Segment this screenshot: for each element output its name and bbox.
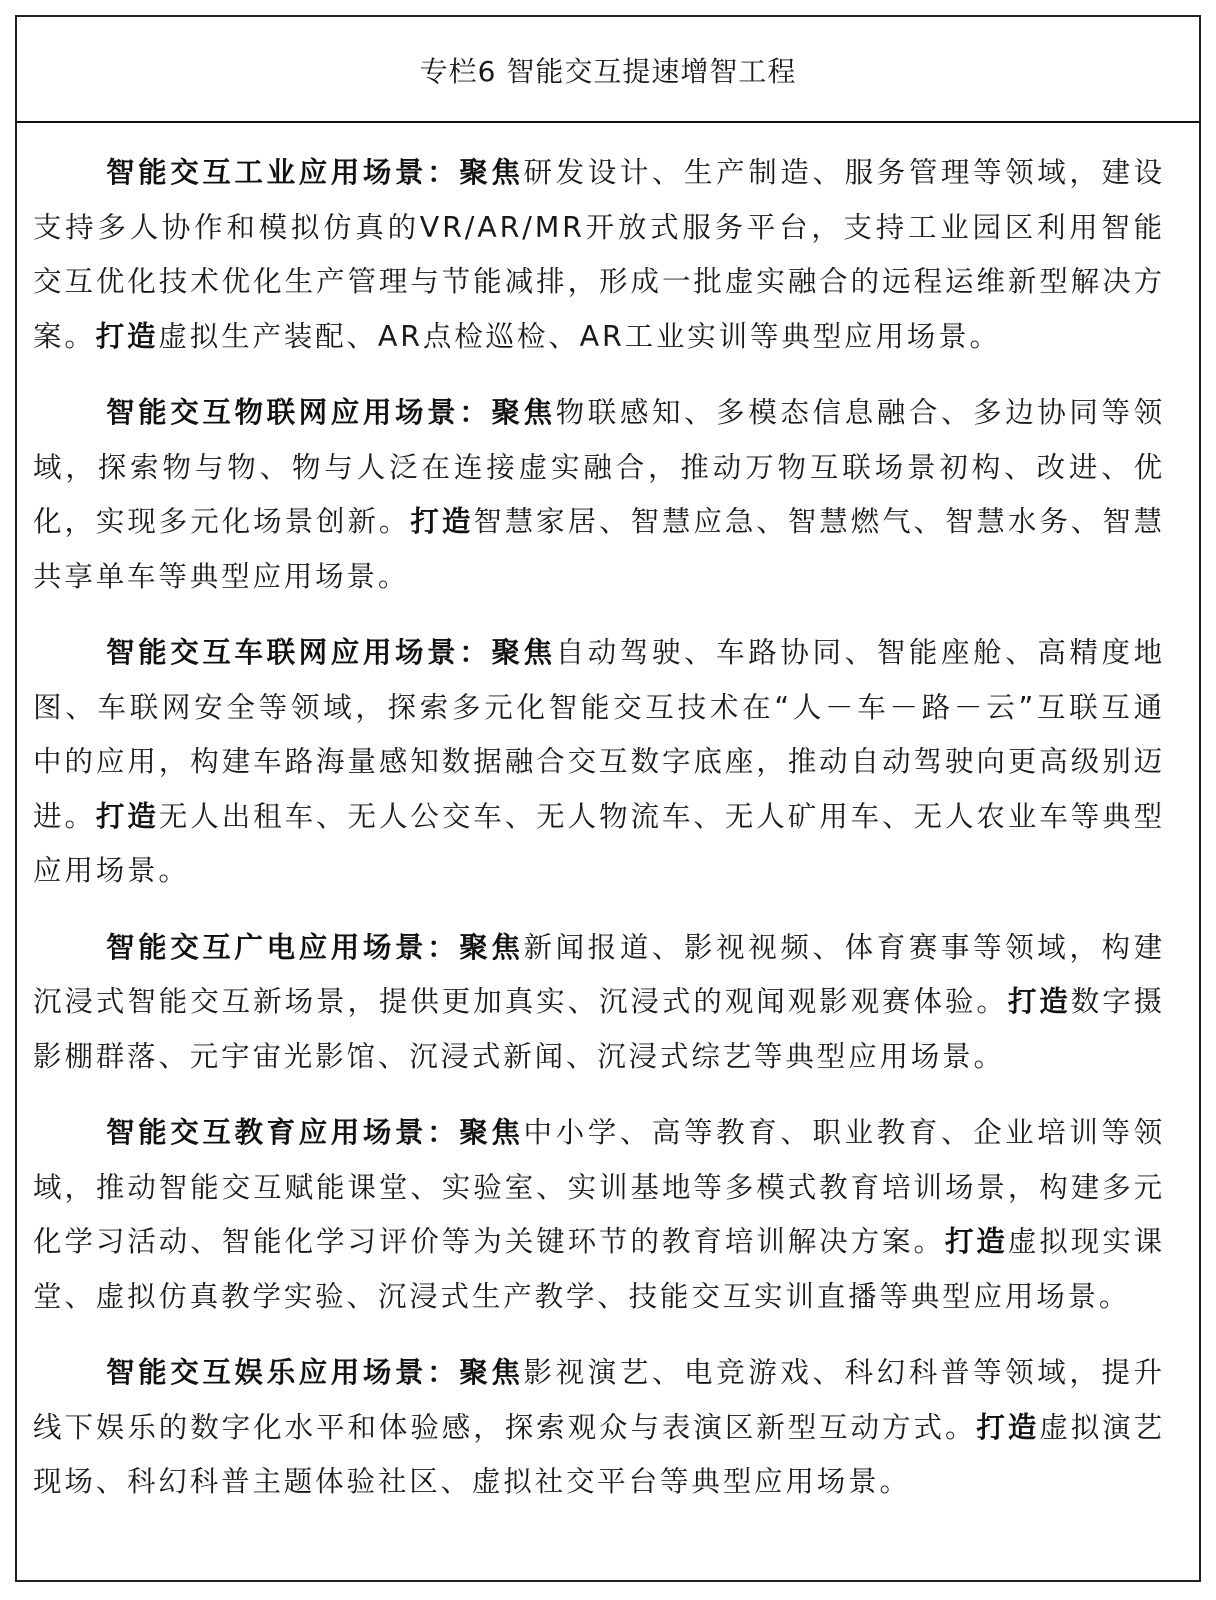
focus-label: 聚焦 xyxy=(459,931,523,964)
paragraph-entertainment: 智能交互娱乐应用场景：聚焦影视演艺、电竞游戏、科幻科普等领域，提升线下娱乐的数字… xyxy=(33,1346,1165,1510)
build-label: 打造 xyxy=(96,320,159,353)
paragraph-heading: 智能交互广电应用场景： xyxy=(106,931,459,964)
column-box: 专栏6 智能交互提速增智工程 智能交互工业应用场景：聚焦研发设计、生产制造、服务… xyxy=(15,15,1201,1582)
focus-label: 聚焦 xyxy=(491,396,555,429)
paragraph-iot: 智能交互物联网应用场景：聚焦物联感知、多模态信息融合、多边协同等领域，探索物与物… xyxy=(33,386,1165,604)
paragraph-vehicle-network: 智能交互车联网应用场景：聚焦自动驾驶、车路协同、智能座舱、高精度地图、车联网安全… xyxy=(33,626,1165,899)
paragraph-heading: 智能交互车联网应用场景： xyxy=(106,636,491,669)
build-label: 打造 xyxy=(96,800,159,833)
focus-label: 聚焦 xyxy=(459,1116,523,1149)
focus-label: 聚焦 xyxy=(491,636,555,669)
build-label: 打造 xyxy=(410,505,473,538)
build-label: 打造 xyxy=(945,1225,1008,1258)
column-content: 智能交互工业应用场景：聚焦研发设计、生产制造、服务管理等领域，建设支持多人协作和… xyxy=(17,123,1199,1510)
column-title: 专栏6 智能交互提速增智工程 xyxy=(420,50,797,90)
build-text: 无人出租车、无人公交车、无人物流车、无人矿用车、无人农业车等典型应用场景。 xyxy=(33,800,1165,888)
focus-label: 聚焦 xyxy=(459,156,523,189)
build-text: 虚拟生产装配、AR点检巡检、AR工业实训等典型应用场景。 xyxy=(158,320,1000,353)
paragraph-industrial: 智能交互工业应用场景：聚焦研发设计、生产制造、服务管理等领域，建设支持多人协作和… xyxy=(33,146,1165,364)
paragraph-broadcast: 智能交互广电应用场景：聚焦新闻报道、影视视频、体育赛事等领域，构建沉浸式智能交互… xyxy=(33,921,1165,1085)
paragraph-education: 智能交互教育应用场景：聚焦中小学、高等教育、职业教育、企业培训等领域，推动智能交… xyxy=(33,1106,1165,1324)
paragraph-heading: 智能交互物联网应用场景： xyxy=(106,396,491,429)
title-row: 专栏6 智能交互提速增智工程 xyxy=(17,17,1199,123)
focus-label: 聚焦 xyxy=(459,1356,523,1389)
paragraph-heading: 智能交互工业应用场景： xyxy=(106,156,459,189)
paragraph-heading: 智能交互娱乐应用场景： xyxy=(106,1356,459,1389)
paragraph-heading: 智能交互教育应用场景： xyxy=(106,1116,459,1149)
build-label: 打造 xyxy=(976,1411,1039,1444)
build-label: 打造 xyxy=(1008,985,1071,1018)
